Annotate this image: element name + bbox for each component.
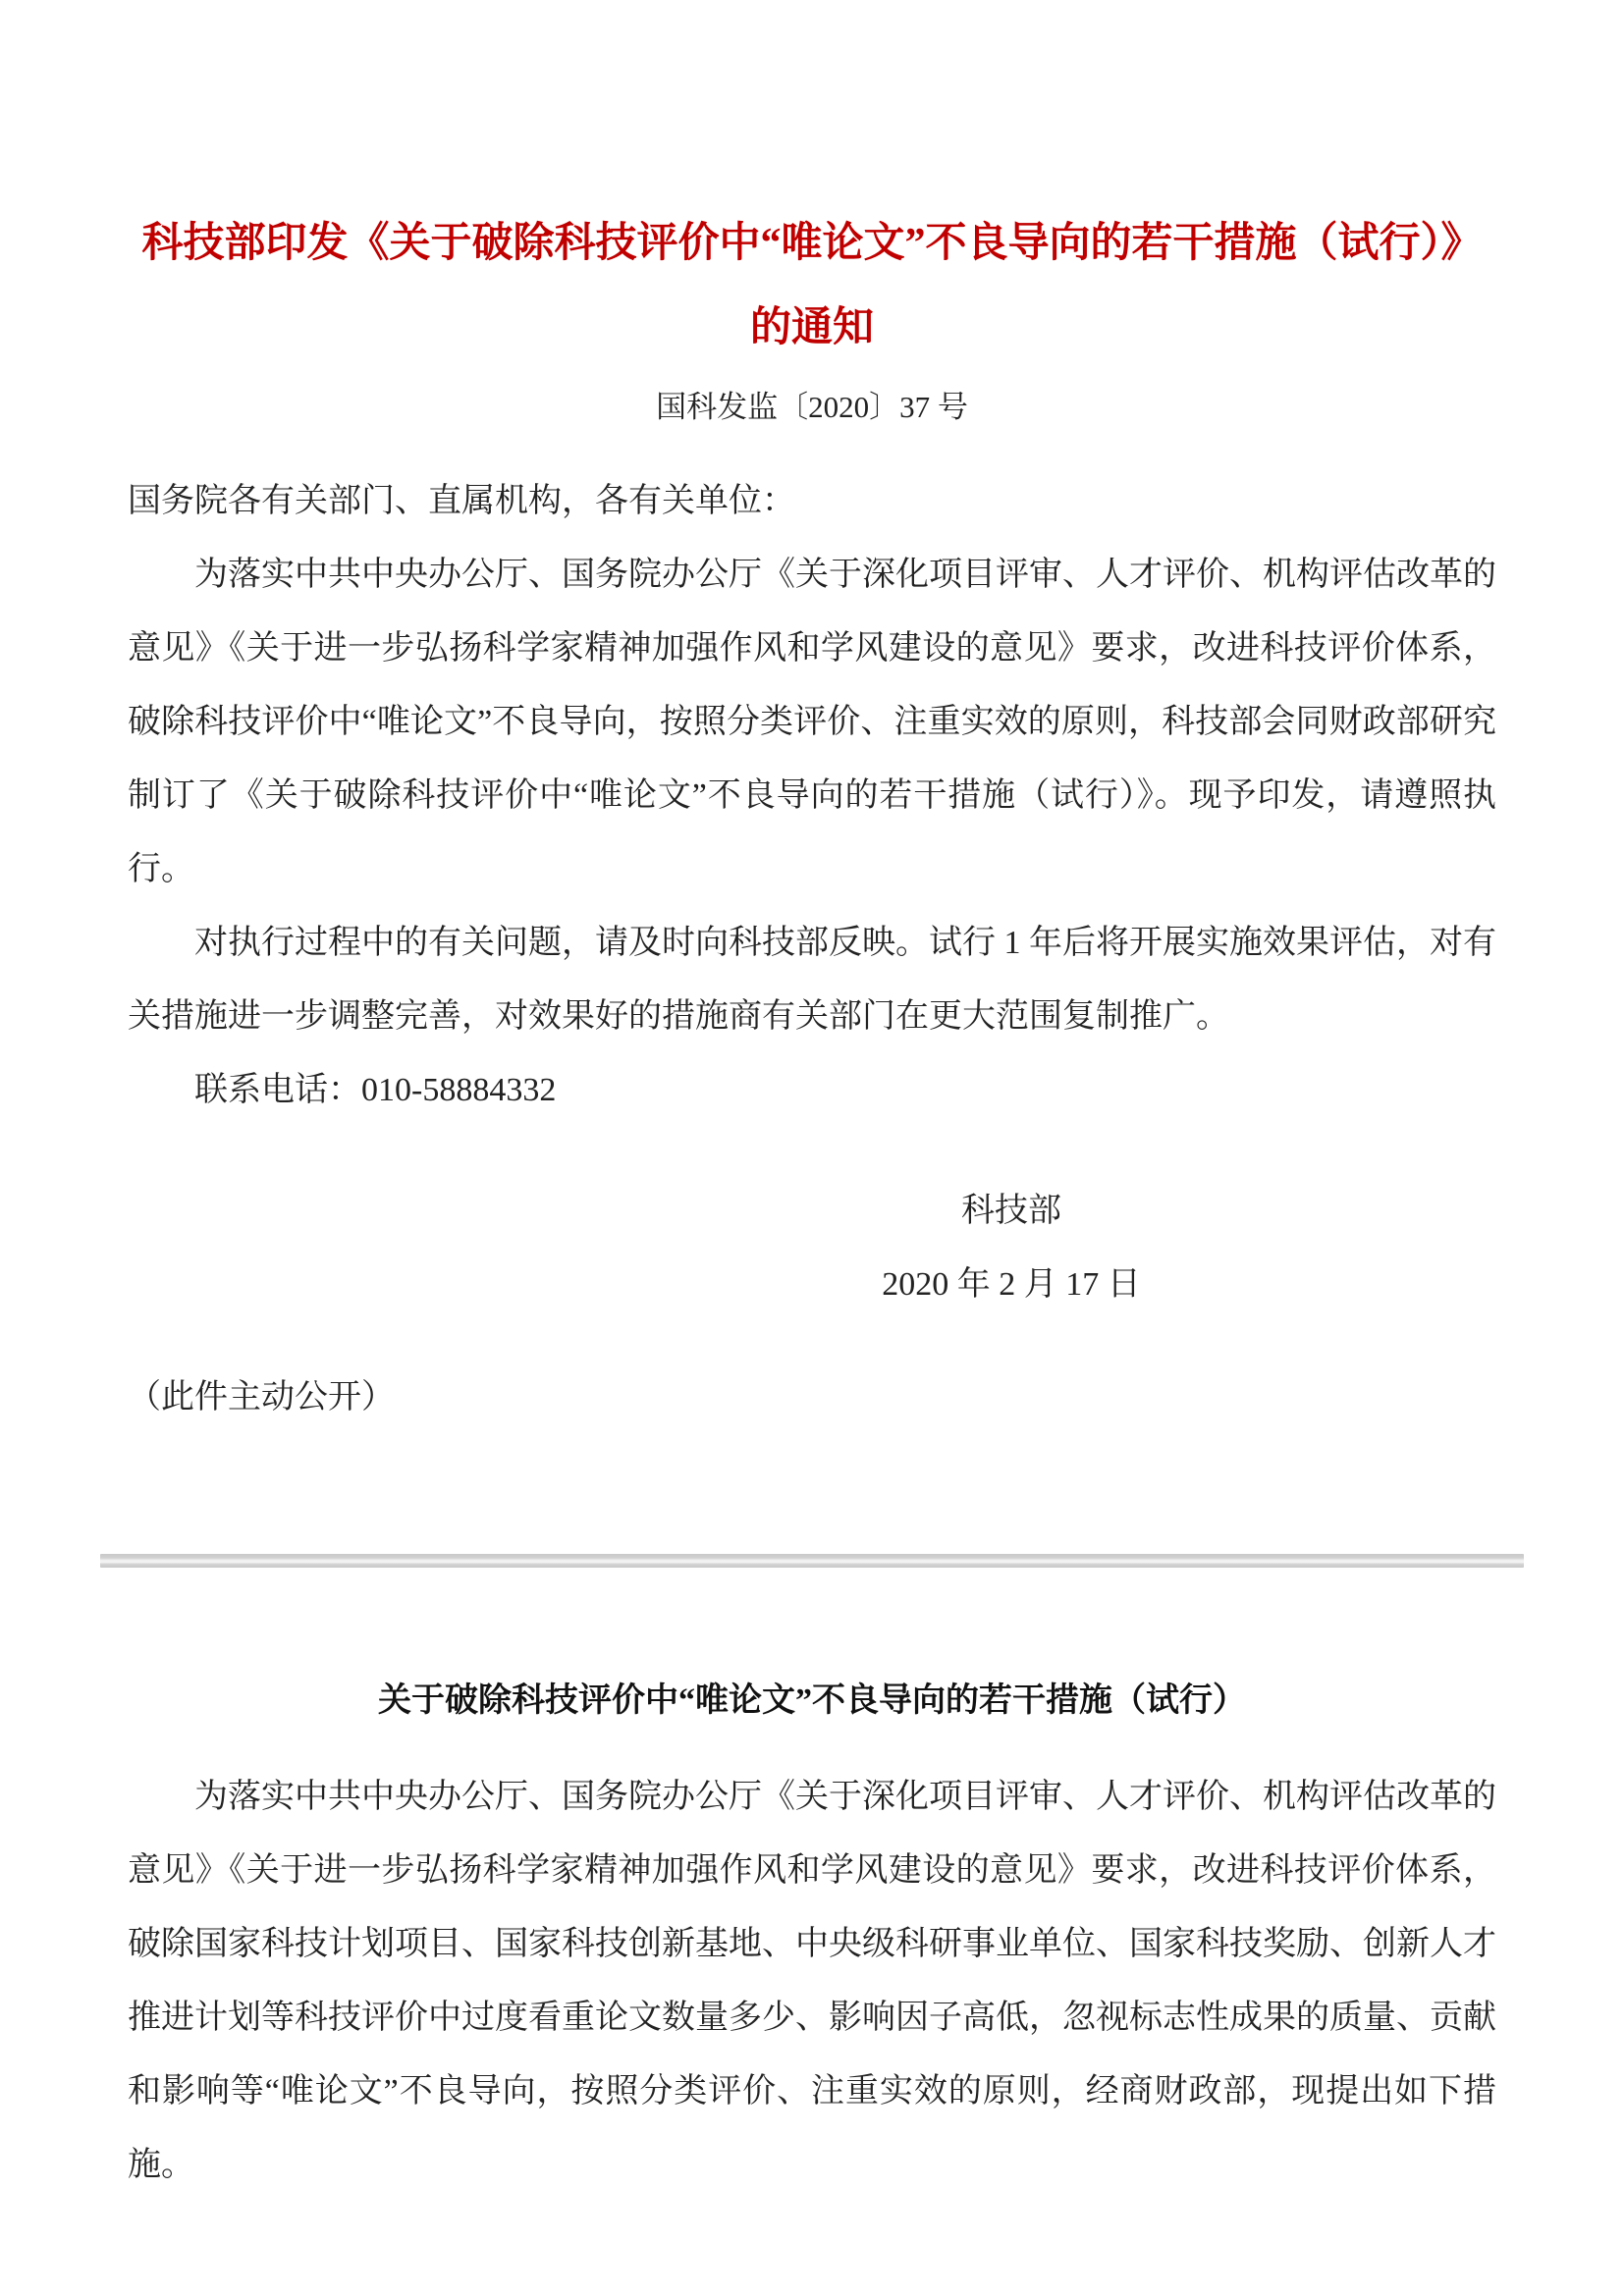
notice-paragraph-2: 对执行过程中的有关问题，请及时向科技部反映。试行 1 年后将开展实施效果评估，对… <box>128 906 1496 1053</box>
document-content: 科技部印发《关于破除科技评价中“唯论文”不良导向的若干措施（试行）》 的通知 国… <box>0 201 1624 2202</box>
section-divider <box>100 1554 1524 1568</box>
measures-paragraph: 为落实中共中央办公厅、国务院办公厅《关于深化项目评审、人才评价、机构评估改革的意… <box>128 1760 1496 2202</box>
measures-title: 关于破除科技评价中“唯论文”不良导向的若干措施（试行） <box>128 1678 1496 1725</box>
disclosure-note: （此件主动公开） <box>128 1361 1496 1434</box>
notice-paragraph-1: 为落实中共中央办公厅、国务院办公厅《关于深化项目评审、人才评价、机构评估改革的意… <box>128 538 1496 906</box>
notice-title-line1: 科技部印发《关于破除科技评价中“唯论文”不良导向的若干措施（试行）》 <box>128 201 1496 286</box>
doc-number: 国科发监〔2020〕37 号 <box>128 388 1496 427</box>
addressee-line: 国务院各有关部门、直属机构，各有关单位： <box>128 464 1496 538</box>
document-page: 科技部印发《关于破除科技评价中“唯论文”不良导向的若干措施（试行）》 的通知 国… <box>0 0 1624 2296</box>
signer-name: 科技部 <box>526 1174 1496 1248</box>
contact-line: 联系电话：010-58884332 <box>128 1053 1496 1127</box>
sign-date: 2020 年 2 月 17 日 <box>526 1248 1496 1321</box>
notice-title-line2: 的通知 <box>128 286 1496 370</box>
signature-block: 科技部 2020 年 2 月 17 日 <box>128 1174 1496 1321</box>
notice-title: 科技部印发《关于破除科技评价中“唯论文”不良导向的若干措施（试行）》 的通知 <box>128 201 1496 370</box>
